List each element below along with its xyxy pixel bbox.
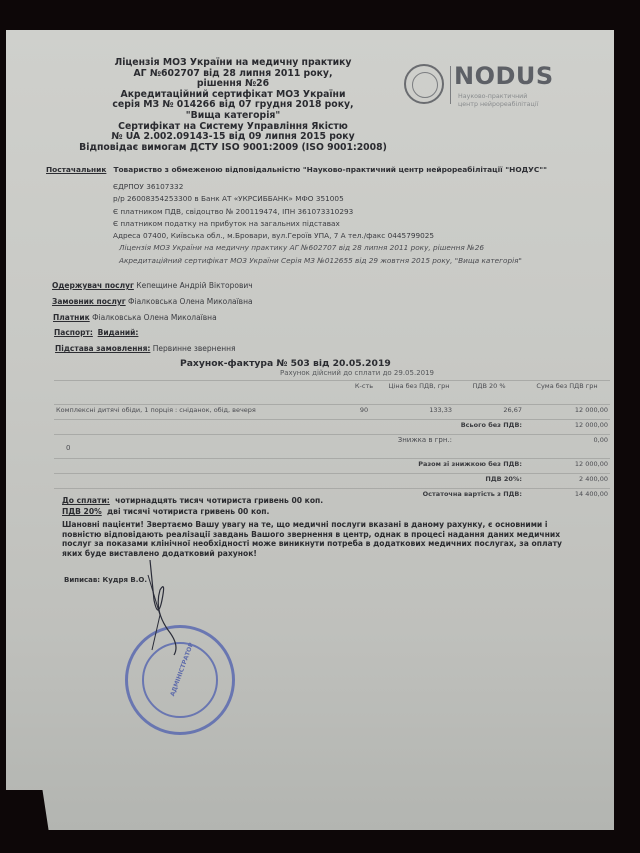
recipient-value: Кепещине Андрій Вікторович: [136, 281, 252, 290]
signed-by: Виписав: Кудря В.О.: [64, 576, 147, 584]
supplier-accreditation: Акредитаційний сертифікат МОЗ України Се…: [113, 255, 522, 267]
passport-label: Паспорт:: [54, 328, 93, 337]
vat-words-row: ПДВ 20% дві тисячі чотириста гривень 00 …: [62, 506, 323, 517]
patient-notice: Шановні пацієнти! Звертаємо Вашу увагу н…: [62, 520, 562, 558]
topay-row: До сплати: чотирнадцять тисяч чотириста …: [62, 495, 323, 506]
supplier-vat: Є платником ПДВ, свідоцтво № 200119474, …: [113, 206, 522, 218]
header-line: Ліцензія МОЗ України на медичну практику: [78, 58, 388, 69]
logo-subtitle-line: Науково-практичний: [458, 93, 538, 101]
topay-words: чотирнадцять тисяч чотириста гривень 00 …: [115, 496, 323, 505]
col-vat: ПДВ 20 %: [454, 381, 524, 405]
recipient-row: Одержувач послуг Кепещине Андрій Вікторо…: [52, 281, 253, 290]
license-header: Ліцензія МОЗ України на медичну практику…: [78, 58, 388, 153]
customer-value: Фіалковська Олена Миколаївна: [128, 297, 253, 306]
vat-words: дві тисячі чотириста гривень 00 коп.: [107, 507, 269, 516]
item-price: 133,33: [384, 405, 454, 420]
vat-label: ПДВ 20%:: [54, 474, 524, 489]
customer-label: Замовник послуг: [52, 297, 126, 306]
passport-row: Паспорт: Виданий:: [54, 328, 138, 337]
supplier-edrpou: ЄДРПОУ 36107332: [113, 181, 522, 193]
signed-label: Виписав:: [64, 576, 100, 584]
col-name: [54, 381, 344, 405]
col-price: Ціна без ПДВ, грн: [384, 381, 454, 405]
invoice-table: К-сть Ціна без ПДВ, грн ПДВ 20 % Сума бе…: [54, 380, 610, 503]
issued-label: Виданий:: [98, 328, 139, 337]
payer-label: Платник: [53, 313, 90, 322]
invoice-title: Рахунок-фактура № 503 від 20.05.2019: [180, 358, 391, 369]
supplier-address: Адреса 07400, Київська обл., м.Бровари, …: [113, 230, 522, 242]
discount-value: 0,00: [524, 435, 610, 459]
header-line: Відповідає вимогам ДСТУ ISO 9001:2009 (I…: [78, 143, 388, 154]
supplier-details: ЄДРПОУ 36107332 р/р 26008354253300 в Бан…: [113, 181, 522, 267]
col-qty: К-сть: [344, 381, 384, 405]
payer-row: Платник Фіалковська Олена Миколаївна: [53, 313, 217, 322]
clinic-seal-icon: [404, 64, 444, 104]
supplier-license: Ліцензія МОЗ України на медичну практику…: [113, 242, 522, 254]
supplier-name: Товариство з обмеженою відповідальністю …: [113, 165, 547, 174]
basis-label: Підстава замовлення:: [55, 344, 150, 353]
discount-label: Знижка в грн.:: [56, 436, 522, 444]
col-sum: Сума без ПДВ грн: [524, 381, 610, 405]
total-no-vat-value: 12 000,00: [524, 420, 610, 435]
logo-subtitle: Науково-практичний центр нейрореабілітац…: [458, 93, 538, 109]
final-value: 14 400,00: [524, 489, 610, 504]
payment-summary: До сплати: чотирнадцять тисяч чотириста …: [62, 495, 323, 517]
total-with-discount-label: Разом зі знижкою без ПДВ:: [54, 459, 524, 474]
table-row: Комплексні дитячі обіди, 1 порція : снід…: [54, 405, 610, 420]
item-name: Комплексні дитячі обіди, 1 порція : снід…: [54, 405, 344, 420]
nodus-logo: NODUS Науково-практичний центр нейрореаб…: [400, 62, 560, 110]
item-sum: 12 000,00: [524, 405, 610, 420]
customer-row: Замовник послуг Фіалковська Олена Микола…: [52, 297, 253, 306]
logo-divider: [450, 66, 451, 104]
table-header: К-сть Ціна без ПДВ, грн ПДВ 20 % Сума бе…: [54, 381, 610, 405]
supplier-row: Постачальник Товариство з обмеженою відп…: [46, 165, 547, 174]
logo-subtitle-line: центр нейрореабілітації: [458, 101, 538, 109]
total-no-vat-row: Всього без ПДВ: 12 000,00: [54, 420, 610, 435]
supplier-tax: Є платником податку на прибуток на загал…: [113, 218, 522, 230]
basis-row: Підстава замовлення: Первинне звернення: [55, 344, 236, 353]
total-with-discount-value: 12 000,00: [524, 459, 610, 474]
header-line: "Вища категорія": [78, 111, 388, 122]
signature-mark: [140, 560, 220, 680]
item-qty: 90: [344, 405, 384, 420]
vat-value: 2 400,00: [524, 474, 610, 489]
discount-cell: Знижка в грн.: 0: [54, 435, 524, 459]
logo-name: NODUS: [454, 62, 554, 90]
vat-words-label: ПДВ 20%: [62, 507, 102, 516]
basis-value: Первинне звернення: [153, 344, 236, 353]
topay-label: До сплати:: [62, 496, 110, 505]
vat-row: ПДВ 20%: 2 400,00: [54, 474, 610, 489]
supplier-label: Постачальник: [46, 165, 106, 174]
payer-value: Фіалковська Олена Миколаївна: [92, 313, 217, 322]
invoice-valid-until: Рахунок дійсний до сплати до 29.05.2019: [280, 369, 434, 377]
total-no-vat-label: Всього без ПДВ:: [54, 420, 524, 435]
discount-pct: 0: [56, 444, 522, 452]
total-with-discount-row: Разом зі знижкою без ПДВ: 12 000,00: [54, 459, 610, 474]
discount-row: Знижка в грн.: 0 0,00: [54, 435, 610, 459]
recipient-label: Одержувач послуг: [52, 281, 134, 290]
supplier-bank: р/р 26008354253300 в Банк АТ «УКРСИББАНК…: [113, 193, 522, 205]
item-vat: 26,67: [454, 405, 524, 420]
